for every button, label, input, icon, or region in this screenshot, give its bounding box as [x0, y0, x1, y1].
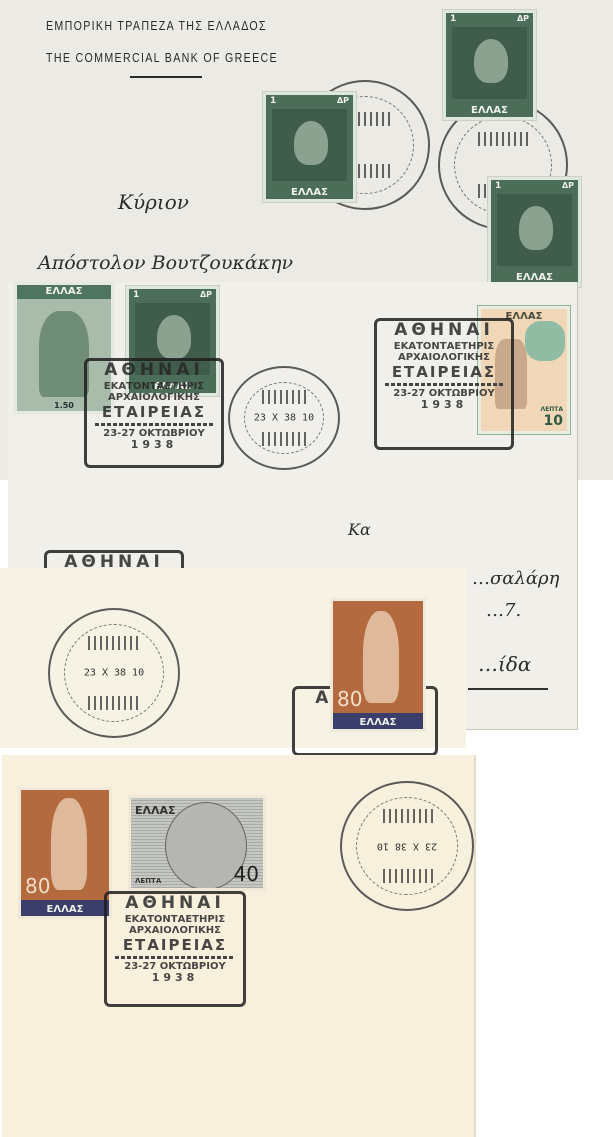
commemorative-cancel-2: ΑΘΗΝΑΙ ΕΚΑΤΟΝΤΑΕΤΗΡΙΣ ΑΡΧΑΙΟΛΟΓΙΚΗΣ ΕΤΑΙ…: [374, 318, 514, 450]
stamp-coin-40l: ΕΛΛΑΣ 40 ΛΕΠΤΑ: [128, 795, 266, 891]
commemorative-cancel-3: ΑΘΗΝΑΙ ΕΚΑΤΟΝΤΑΕΤΗΡΙΣ ΑΡΧΑΙΟΛΟΓΙΚΗΣ ΕΤΑΙ…: [104, 891, 246, 1007]
stamp-king-george-1dr-b: 1 ΔΡ ΕΛΛΑΣ: [443, 10, 536, 120]
handwriting-line-4: …ίδα: [478, 652, 531, 676]
letterhead-greek: ΕΜΠΟΡΙΚΗ ΤΡΑΠΕΖΑ ΤΗΣ ΕΛΛΑΔΟΣ: [46, 18, 267, 33]
underline: [468, 688, 548, 690]
handwriting-line-1: Κα: [348, 520, 371, 539]
commemorative-cancel-1: ΑΘΗΝΑΙ ΕΚΑΤΟΝΤΑΕΤΗΡΙΣ ΑΡΧΑΙΟΛΟΓΙΚΗΣ ΕΤΑΙ…: [84, 358, 224, 468]
stamp-venus-80l-b: 80 ΕΛΛΑΣ: [18, 787, 112, 919]
address-name: Απόστολον Βουτζουκάκην: [38, 252, 293, 274]
stamp-venus-80l-a: 80 ΕΛΛΑΣ: [330, 598, 426, 732]
cover-archaeological-society-2: 80 ΕΛΛΑΣ ΕΛΛΑΣ 40 ΛΕΠΤΑ ΑΘΗΝΑΙ ΕΚΑΤΟΝΤΑΕ…: [2, 755, 476, 1137]
stamp-king-george-1dr-c: 1 ΔΡ ΕΛΛΑΣ: [488, 177, 581, 287]
handwriting-line-2: …σαλάρη: [472, 568, 559, 589]
postmark-athens-1: 23 X 38 10: [228, 366, 340, 470]
stamp-king-george-1dr-a: 1 ΔΡ ΕΛΛΑΣ: [263, 92, 356, 202]
cover-venus-single: 23 X 38 10 ΑΘΗΝΑΙ 80 ΕΛΛΑΣ: [0, 568, 466, 748]
letterhead-rule: [130, 76, 202, 78]
handwriting-line-3: …7.: [486, 600, 521, 621]
letterhead-english: THE COMMERCIAL BANK OF GREECE: [46, 50, 278, 65]
address-salutation: Κύριον: [118, 190, 189, 214]
postmark-athens-2: 23 X 38 10: [48, 608, 180, 738]
postmark-athens-3: 23 X 38 10: [340, 781, 474, 911]
